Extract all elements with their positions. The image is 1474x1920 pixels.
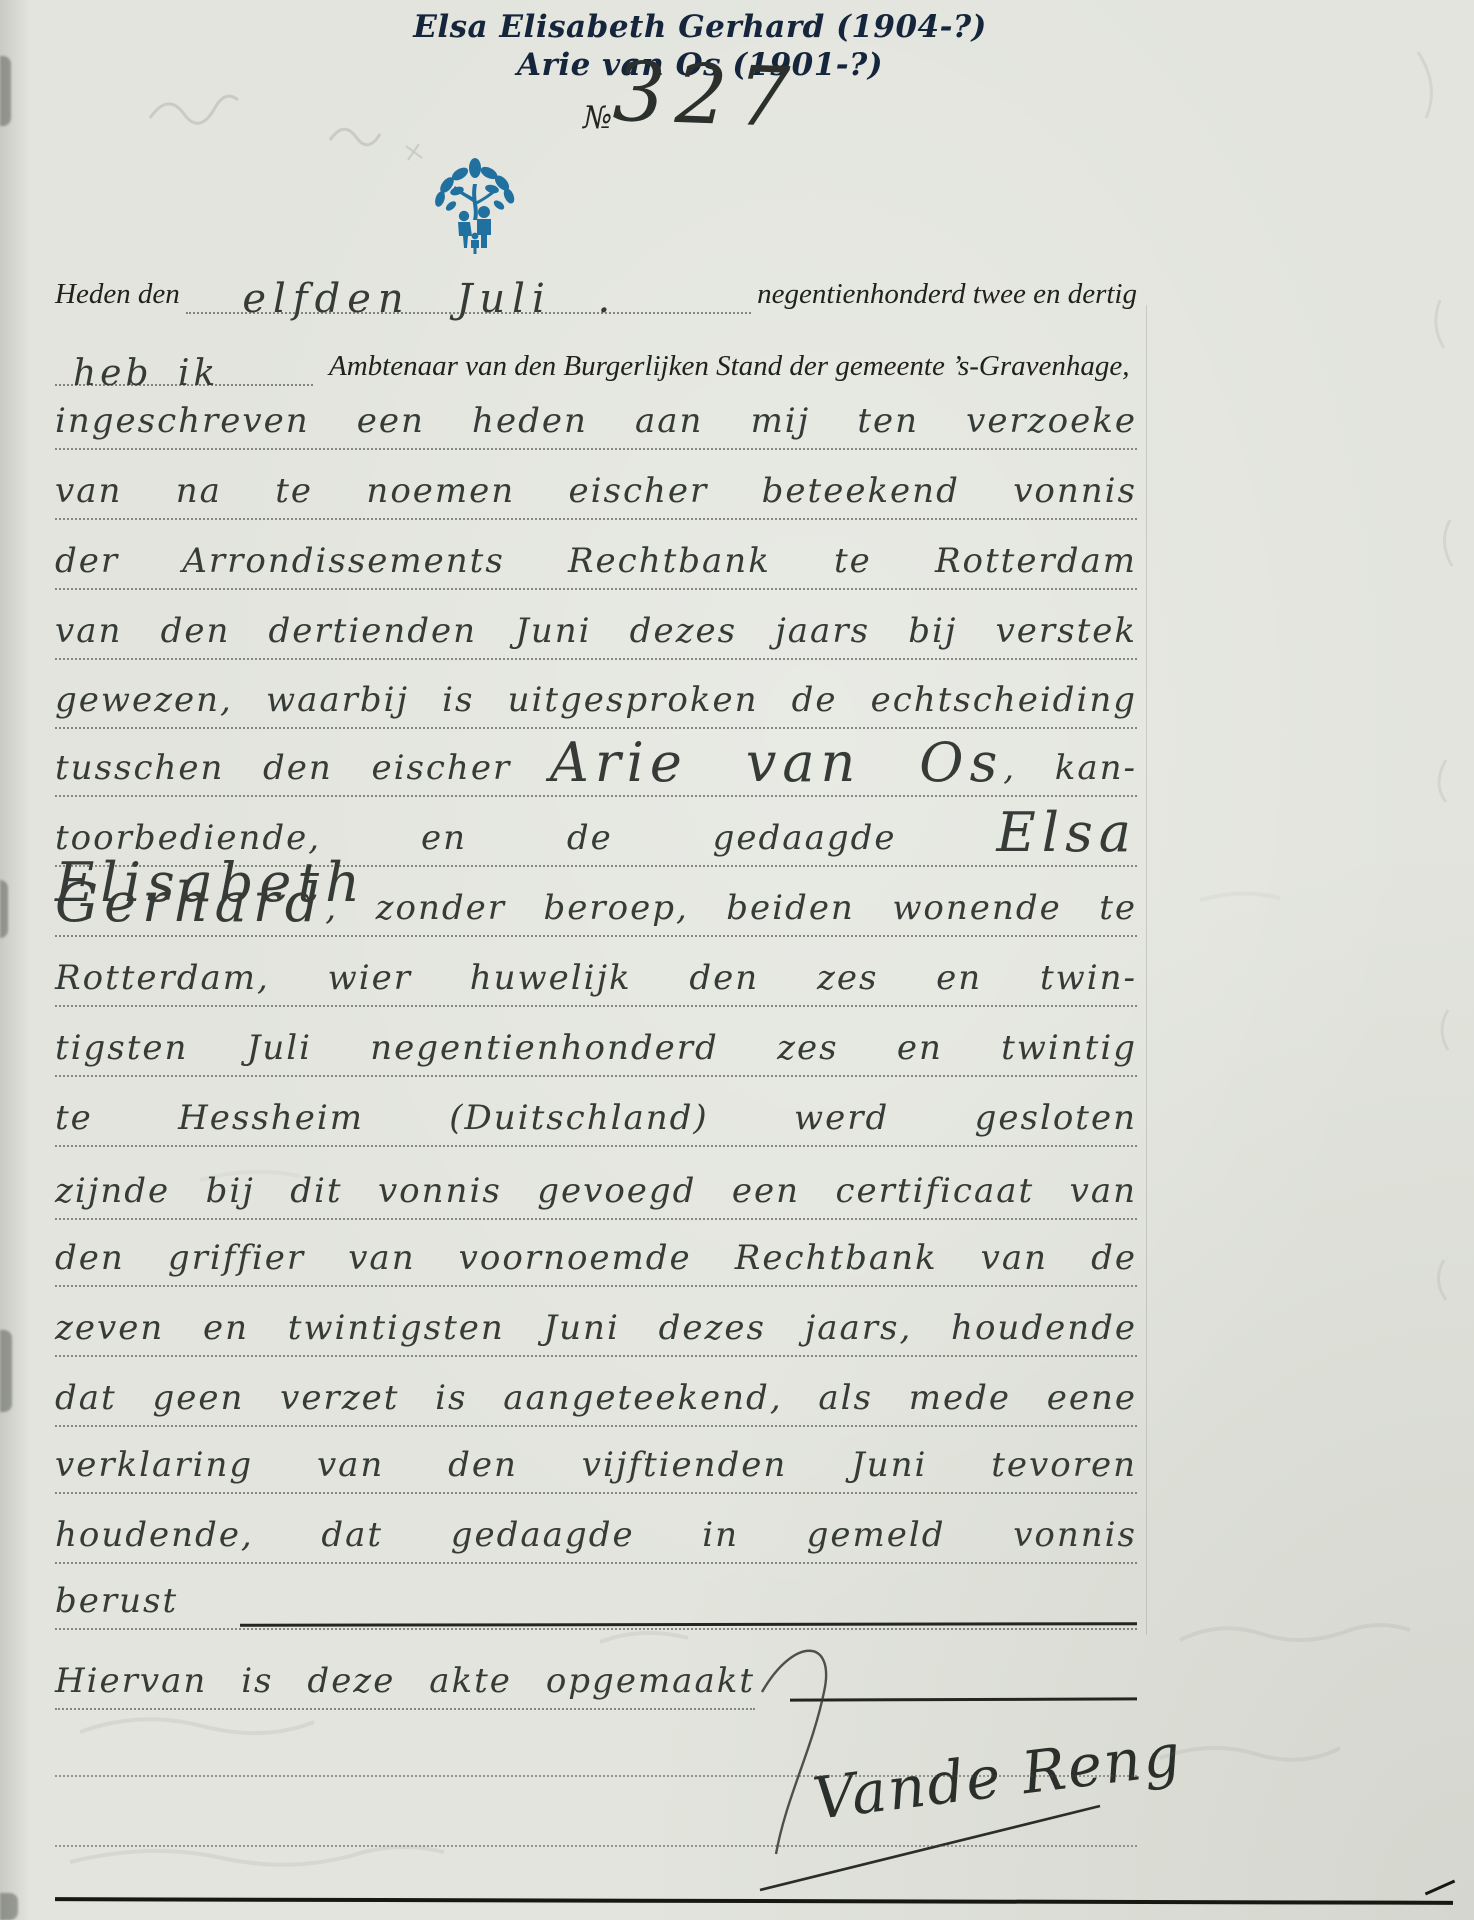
handwritten-name-segment: Gerhard (55, 871, 325, 934)
handwritten-name-segment: Arie van Os (550, 731, 1003, 794)
handwritten-segment: te Hessheim (Duitschland) werd gesloten (55, 1098, 1137, 1138)
date-fill-line: elfden Juli . (186, 264, 751, 314)
handwritten-segment: zijnde bij dit vonnis gevoegd een certif… (55, 1171, 1137, 1211)
handwritten-line-14: zeven en twintigsten Juni dezes jaars, h… (55, 1303, 1137, 1357)
handwritten-segment: zeven en twintigsten Juni dezes jaars, h… (55, 1308, 1137, 1348)
handwritten-segment: ingeschreven een heden aan mij ten verzo… (55, 401, 1137, 441)
handwritten-line-6: tusschen den eischer Arie van Os, kan- (55, 743, 1137, 797)
empty-ruled-line-2 (55, 1793, 1137, 1847)
printed-heden-den: Heden den (55, 274, 180, 314)
date-line: Heden den elfden Juli . negentienhonderd… (55, 266, 1137, 314)
scan-edge-artifact (0, 1893, 18, 1920)
handwritten-line-5: gewezen, waarbij is uitgesproken de echt… (55, 675, 1137, 729)
handwritten-line-16: verklaring van den vijftienden Juni tevo… (55, 1440, 1137, 1494)
handwritten-segment: Rotterdam, wier huwelijk den zes en twin… (55, 958, 1137, 998)
bottom-strike-hook (1425, 1880, 1455, 1896)
civil-registry-act-scan: Elsa Elisabeth Gerhard (1904-?) Arie van… (0, 0, 1474, 1920)
handwritten-line-17: houdende, dat gedaagde in gemeld vonnis (55, 1510, 1137, 1564)
family-tree-logo (429, 158, 521, 262)
handwritten-line-7: toorbediende, en de gedaagde Elsa Elisab… (55, 813, 1137, 867)
handwritten-line-3: der Arrondissements Rechtbank te Rotterd… (55, 536, 1137, 590)
handwritten-heb-ik: heb ik (73, 353, 219, 394)
official-fill-line: heb ik (55, 336, 313, 386)
bottom-strike-line (55, 1897, 1453, 1905)
handwritten-line-12: zijnde bij dit vonnis gevoegd een certif… (55, 1166, 1137, 1220)
handwritten-segment: gewezen, waarbij is uitgesproken de echt… (55, 680, 1137, 720)
handwritten-segment: dat geen verzet is aangeteekend, als med… (55, 1378, 1137, 1418)
handwritten-segment: van na te noemen eischer beteekend vonni… (55, 471, 1137, 511)
official-line: heb ik Ambtenaar van den Burgerlijken St… (55, 338, 1137, 386)
handwritten-segment: tigsten Juli negentienhonderd zes en twi… (55, 1028, 1137, 1068)
handwritten-line-1: ingeschreven een heden aan mij ten verzo… (55, 396, 1137, 450)
scan-edge-artifact (0, 1330, 12, 1412)
handwritten-segment: berust (55, 1581, 178, 1621)
handwritten-date: elfden Juli . (242, 276, 617, 322)
scan-edge-artifact (0, 880, 8, 938)
handwritten-segment: verklaring van den vijftienden Juni tevo… (55, 1445, 1137, 1485)
handwritten-line-8: Gerhard, zonder beroep, beiden wonende t… (55, 883, 1137, 937)
handwritten-segment: van den dertienden Juni dezes jaars bij … (55, 611, 1137, 651)
handwritten-segment: , zonder beroep, beiden wonende te (325, 888, 1137, 928)
act-number-value: 327 (611, 45, 801, 146)
handwritten-line-11: te Hessheim (Duitschland) werd gesloten (55, 1093, 1137, 1147)
handwritten-line-13: den griffier van voornoemde Rechtbank va… (55, 1233, 1137, 1287)
handwritten-line-10: tigsten Juli negentienhonderd zes en twi… (55, 1023, 1137, 1077)
handwritten-segment: houdende, dat gedaagde in gemeld vonnis (55, 1515, 1137, 1555)
act-number-symbol: № (583, 100, 612, 136)
annotation-name-1: Elsa Elisabeth Gerhard (1904-?) (0, 8, 1400, 46)
handwritten-segment: den griffier van voornoemde Rechtbank va… (55, 1238, 1137, 1278)
right-margin-line (1146, 305, 1147, 1635)
handwritten-line-4: van den dertienden Juni dezes jaars bij … (55, 606, 1137, 660)
handwritten-line-15: dat geen verzet is aangeteekend, als med… (55, 1373, 1137, 1427)
empty-ruled-line-1 (55, 1723, 1137, 1777)
closing-rule (790, 1697, 1137, 1701)
handwritten-segment: tusschen den eischer (55, 748, 550, 788)
scan-edge-artifact (0, 56, 11, 126)
handwritten-line-9: Rotterdam, wier huwelijk den zes en twin… (55, 953, 1137, 1007)
handwritten-line-2: van na te noemen eischer beteekend vonni… (55, 466, 1137, 520)
handwritten-segment: der Arrondissements Rechtbank te Rotterd… (55, 541, 1137, 581)
closing-line: Hiervan is deze akte opgemaakt (55, 1656, 755, 1710)
handwritten-segment: , kan- (1003, 748, 1137, 788)
printed-year: negentienhonderd twee en dertig (757, 274, 1137, 314)
printed-ambtenaar: Ambtenaar van den Burgerlijken Stand der… (329, 346, 1130, 386)
